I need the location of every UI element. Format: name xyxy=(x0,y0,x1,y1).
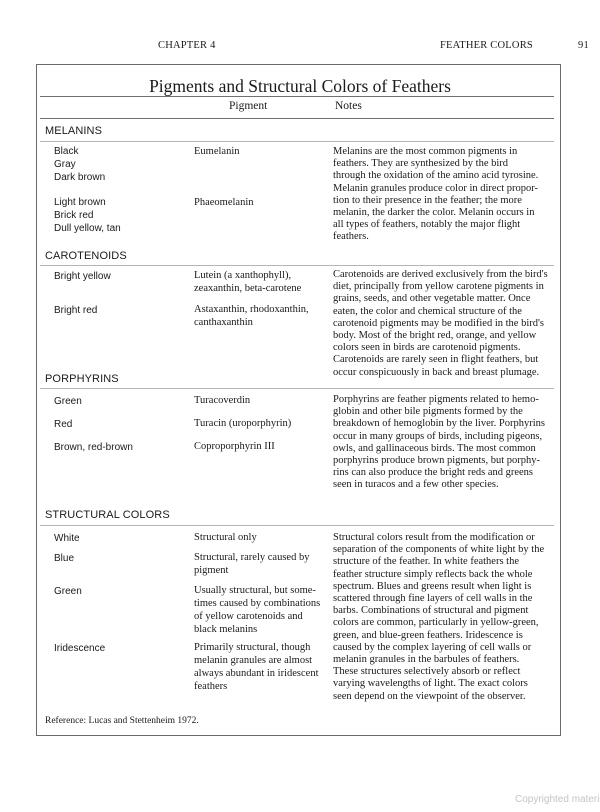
section-rule xyxy=(40,388,554,389)
pigment-name: Usually structural, but some- times caus… xyxy=(194,584,320,636)
column-header-pigment: Pigment xyxy=(229,100,267,112)
pigment-name: Turacoverdin xyxy=(194,394,250,407)
pigment-name: Lutein (a xanthophyll), zeaxanthin, beta… xyxy=(194,269,301,295)
running-header-chapter: CHAPTER 4 xyxy=(158,40,216,51)
color-label: Bright red xyxy=(54,305,97,318)
color-label: Dark brown xyxy=(54,172,105,185)
title-rule xyxy=(40,96,554,97)
notes-text-melanins: Melanins are the most common pigments in… xyxy=(333,146,538,244)
pigment-name: Turacin (uroporphyrin) xyxy=(194,417,291,430)
section-rule xyxy=(40,525,554,526)
section-rule xyxy=(40,265,554,266)
pigment-name: Coproporphyrin III xyxy=(194,440,275,453)
pigment-name: Primarily structural, though melanin gra… xyxy=(194,641,319,693)
color-label: Iridescence xyxy=(54,643,105,656)
color-label: Brown, red-brown xyxy=(54,442,133,455)
notes-text-structural-colors: Structural colors result from the modifi… xyxy=(333,532,544,703)
section-heading-structural-colors: STRUCTURAL COLORS xyxy=(45,509,170,521)
copyright-watermark: Copyrighted material xyxy=(515,794,600,805)
color-label: Green xyxy=(54,396,82,409)
pigment-name: Phaeomelanin xyxy=(194,196,253,209)
color-label: Gray xyxy=(54,159,76,172)
table-title: Pigments and Structural Colors of Feathe… xyxy=(0,76,600,97)
page-number: 91 xyxy=(578,40,589,51)
color-label: Red xyxy=(54,419,72,432)
section-rule xyxy=(40,141,554,142)
color-label: Bright yellow xyxy=(54,271,111,284)
pigment-name: Astaxanthin, rhodoxanthin, canthaxanthin xyxy=(194,303,309,329)
running-header-section: FEATHER COLORS xyxy=(440,40,533,51)
color-label: Brick red xyxy=(54,210,93,223)
header-rule xyxy=(40,118,554,119)
section-heading-porphyrins: PORPHYRINS xyxy=(45,373,119,385)
color-label: Green xyxy=(54,586,82,599)
notes-text-carotenoids: Carotenoids are derived exclusively from… xyxy=(333,269,548,379)
pigment-name: Structural only xyxy=(194,531,257,544)
pigment-name: Eumelanin xyxy=(194,145,240,158)
notes-text-porphyrins: Porphyrins are feather pigments related … xyxy=(333,394,545,492)
table-reference: Reference: Lucas and Stettenheim 1972. xyxy=(45,716,199,726)
column-header-notes: Notes xyxy=(335,100,362,112)
pigment-name: Structural, rarely caused by pigment xyxy=(194,551,309,577)
color-label: Light brown xyxy=(54,197,106,210)
color-label: Dull yellow, tan xyxy=(54,223,121,236)
color-label: White xyxy=(54,533,80,546)
color-label: Black xyxy=(54,146,78,159)
section-heading-melanins: MELANINS xyxy=(45,125,102,137)
color-label: Blue xyxy=(54,553,74,566)
section-heading-carotenoids: CAROTENOIDS xyxy=(45,250,127,262)
